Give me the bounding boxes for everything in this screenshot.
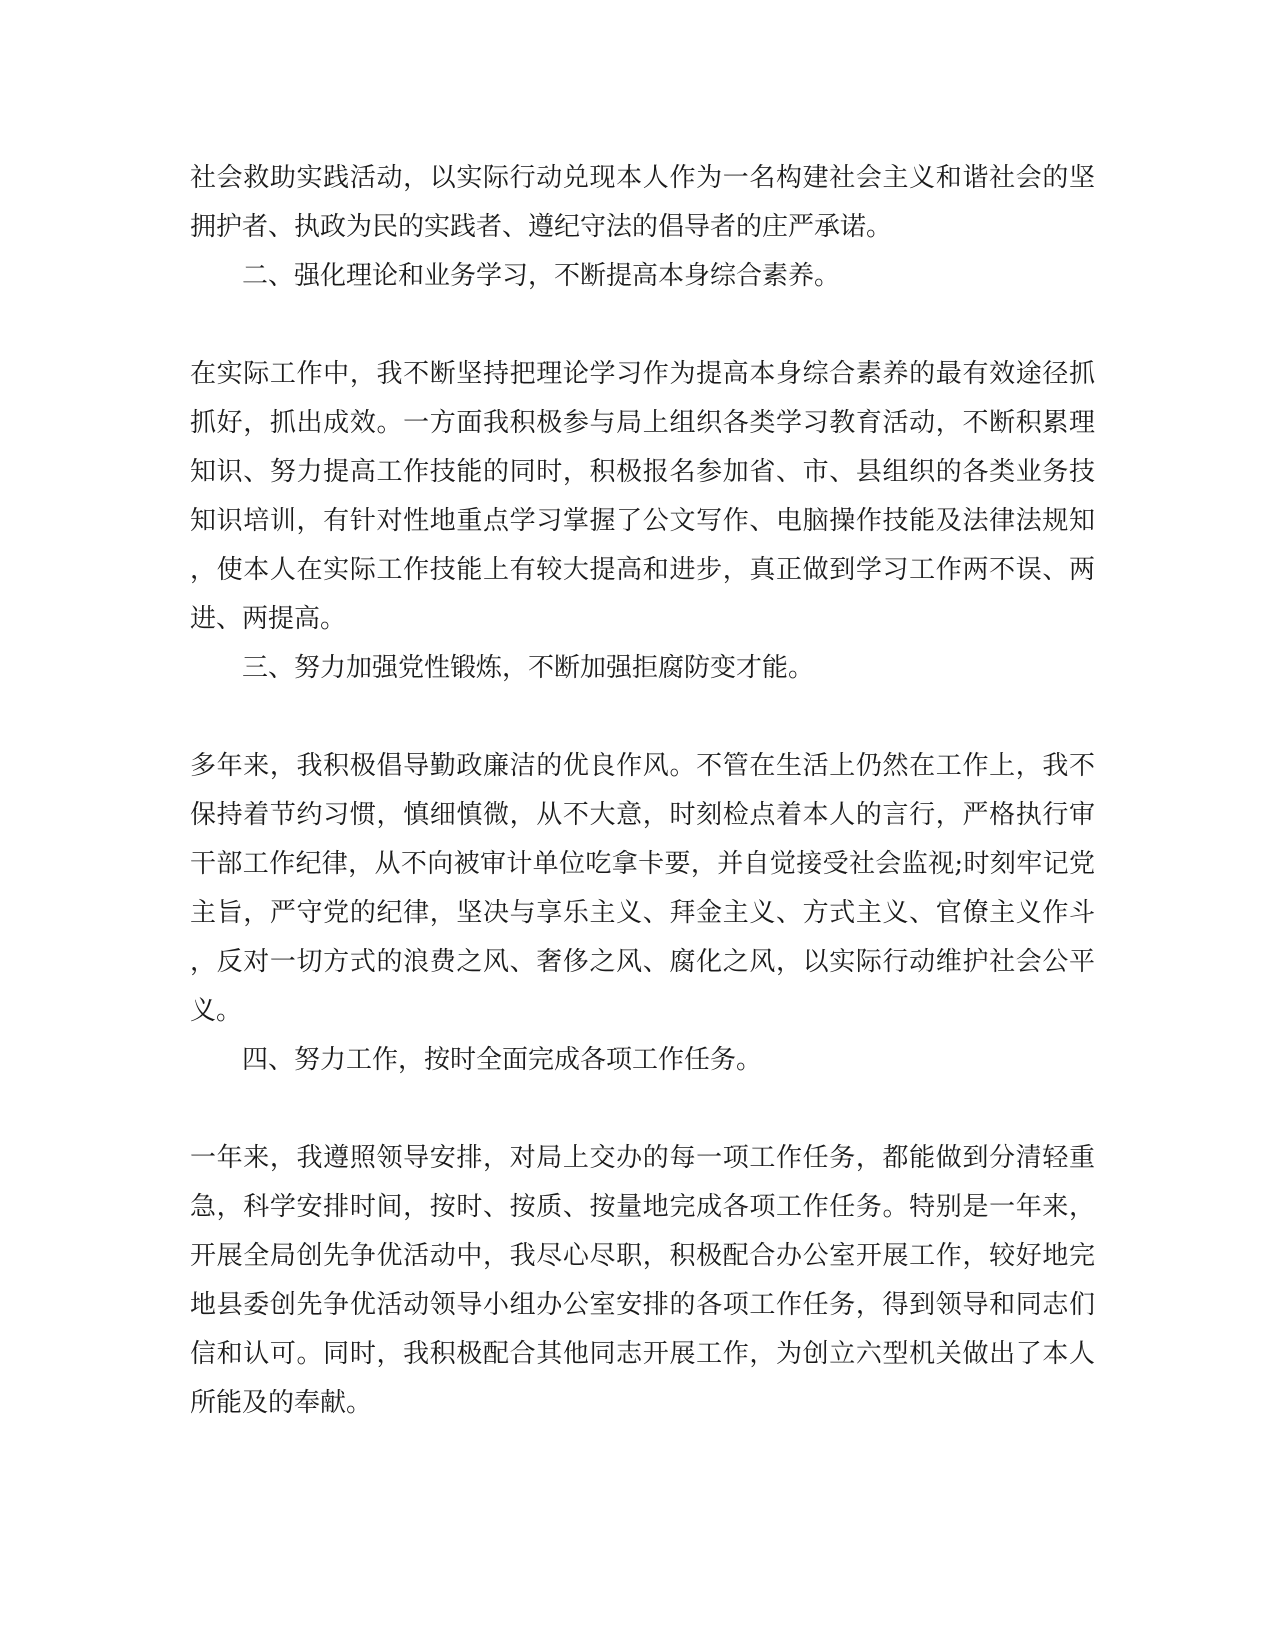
text-line: 社会救助实践活动，以实际行动兑现本人作为一名构建社会主义和谐社会的坚决 xyxy=(190,154,1095,203)
text-line: 急，科学安排时间，按时、按质、按量地完成各项工作任务。特别是一年来，在 xyxy=(190,1183,1095,1232)
text-line: 干部工作纪律，从不向被审计单位吃拿卡要，并自觉接受社会监视;时刻牢记党的 xyxy=(190,840,1095,889)
text-line: 开展全局创先争优活动中，我尽心尽职，积极配合办公室开展工作，较好地完成 xyxy=(190,1232,1095,1281)
text-line: 地县委创先争优活动领导小组办公室安排的各项工作任务，得到领导和同志们确 xyxy=(190,1281,1095,1330)
text-line: 主旨，严守党的纪律，坚决与享乐主义、拜金主义、方式主义、官僚主义作斗争 xyxy=(190,889,1095,938)
text-line: 知识培训，有针对性地重点学习掌握了公文写作、电脑操作技能及法律法规知识 xyxy=(190,497,1095,546)
text-line: 所能及的奉献。 xyxy=(190,1379,1095,1428)
text-line: ，反对一切方式的浪费之风、奢侈之风、腐化之风，以实际行动维护社会公平正 xyxy=(190,938,1095,987)
text-line: 在实际工作中，我不断坚持把理论学习作为提高本身综合素养的最有效途径抓实 xyxy=(190,350,1095,399)
text-line: 信和认可。同时，我积极配合其他同志开展工作，为创立六型机关做出了本人力 xyxy=(190,1330,1095,1379)
text-line: ，使本人在实际工作技能上有较大提高和进步，真正做到学习工作两不误、两促 xyxy=(190,546,1095,595)
document-page: 社会救助实践活动，以实际行动兑现本人作为一名构建社会主义和谐社会的坚决 拥护者、… xyxy=(0,0,1275,1650)
text-line: 拥护者、执政为民的实践者、遵纪守法的倡导者的庄严承诺。 xyxy=(190,203,1095,252)
text-line: 义。 xyxy=(190,987,1095,1036)
paragraph-section-4: 一年来，我遵照领导安排，对局上交办的每一项工作任务，都能做到分清轻重缓 急，科学… xyxy=(190,1134,1095,1428)
paragraph-section-2: 在实际工作中，我不断坚持把理论学习作为提高本身综合素养的最有效途径抓实 抓好，抓… xyxy=(190,350,1095,644)
section-heading-2: 二、强化理论和业务学习，不断提高本身综合素养。 xyxy=(190,252,1095,301)
text-line: 知识、努力提高工作技能的同时，积极报名参加省、市、县组织的各类业务技能 xyxy=(190,448,1095,497)
document-body: 社会救助实践活动，以实际行动兑现本人作为一名构建社会主义和谐社会的坚决 拥护者、… xyxy=(190,154,1095,1428)
text-line: 保持着节约习惯，慎细慎微，从不大意，时刻检点着本人的言行，严格执行审计 xyxy=(190,791,1095,840)
paragraph-continuation: 社会救助实践活动，以实际行动兑现本人作为一名构建社会主义和谐社会的坚决 拥护者、… xyxy=(190,154,1095,252)
section-heading-4: 四、努力工作，按时全面完成各项工作任务。 xyxy=(190,1036,1095,1085)
text-line: 一年来，我遵照领导安排，对局上交办的每一项工作任务，都能做到分清轻重缓 xyxy=(190,1134,1095,1183)
text-line: 抓好，抓出成效。一方面我积极参与局上组织各类学习教育活动，不断积累理论 xyxy=(190,399,1095,448)
paragraph-section-3: 多年来，我积极倡导勤政廉洁的优良作风。不管在生活上仍然在工作上，我不断 保持着节… xyxy=(190,742,1095,1036)
text-line: 进、两提高。 xyxy=(190,595,1095,644)
section-heading-3: 三、努力加强党性锻炼，不断加强拒腐防变才能。 xyxy=(190,644,1095,693)
text-line: 多年来，我积极倡导勤政廉洁的优良作风。不管在生活上仍然在工作上，我不断 xyxy=(190,742,1095,791)
